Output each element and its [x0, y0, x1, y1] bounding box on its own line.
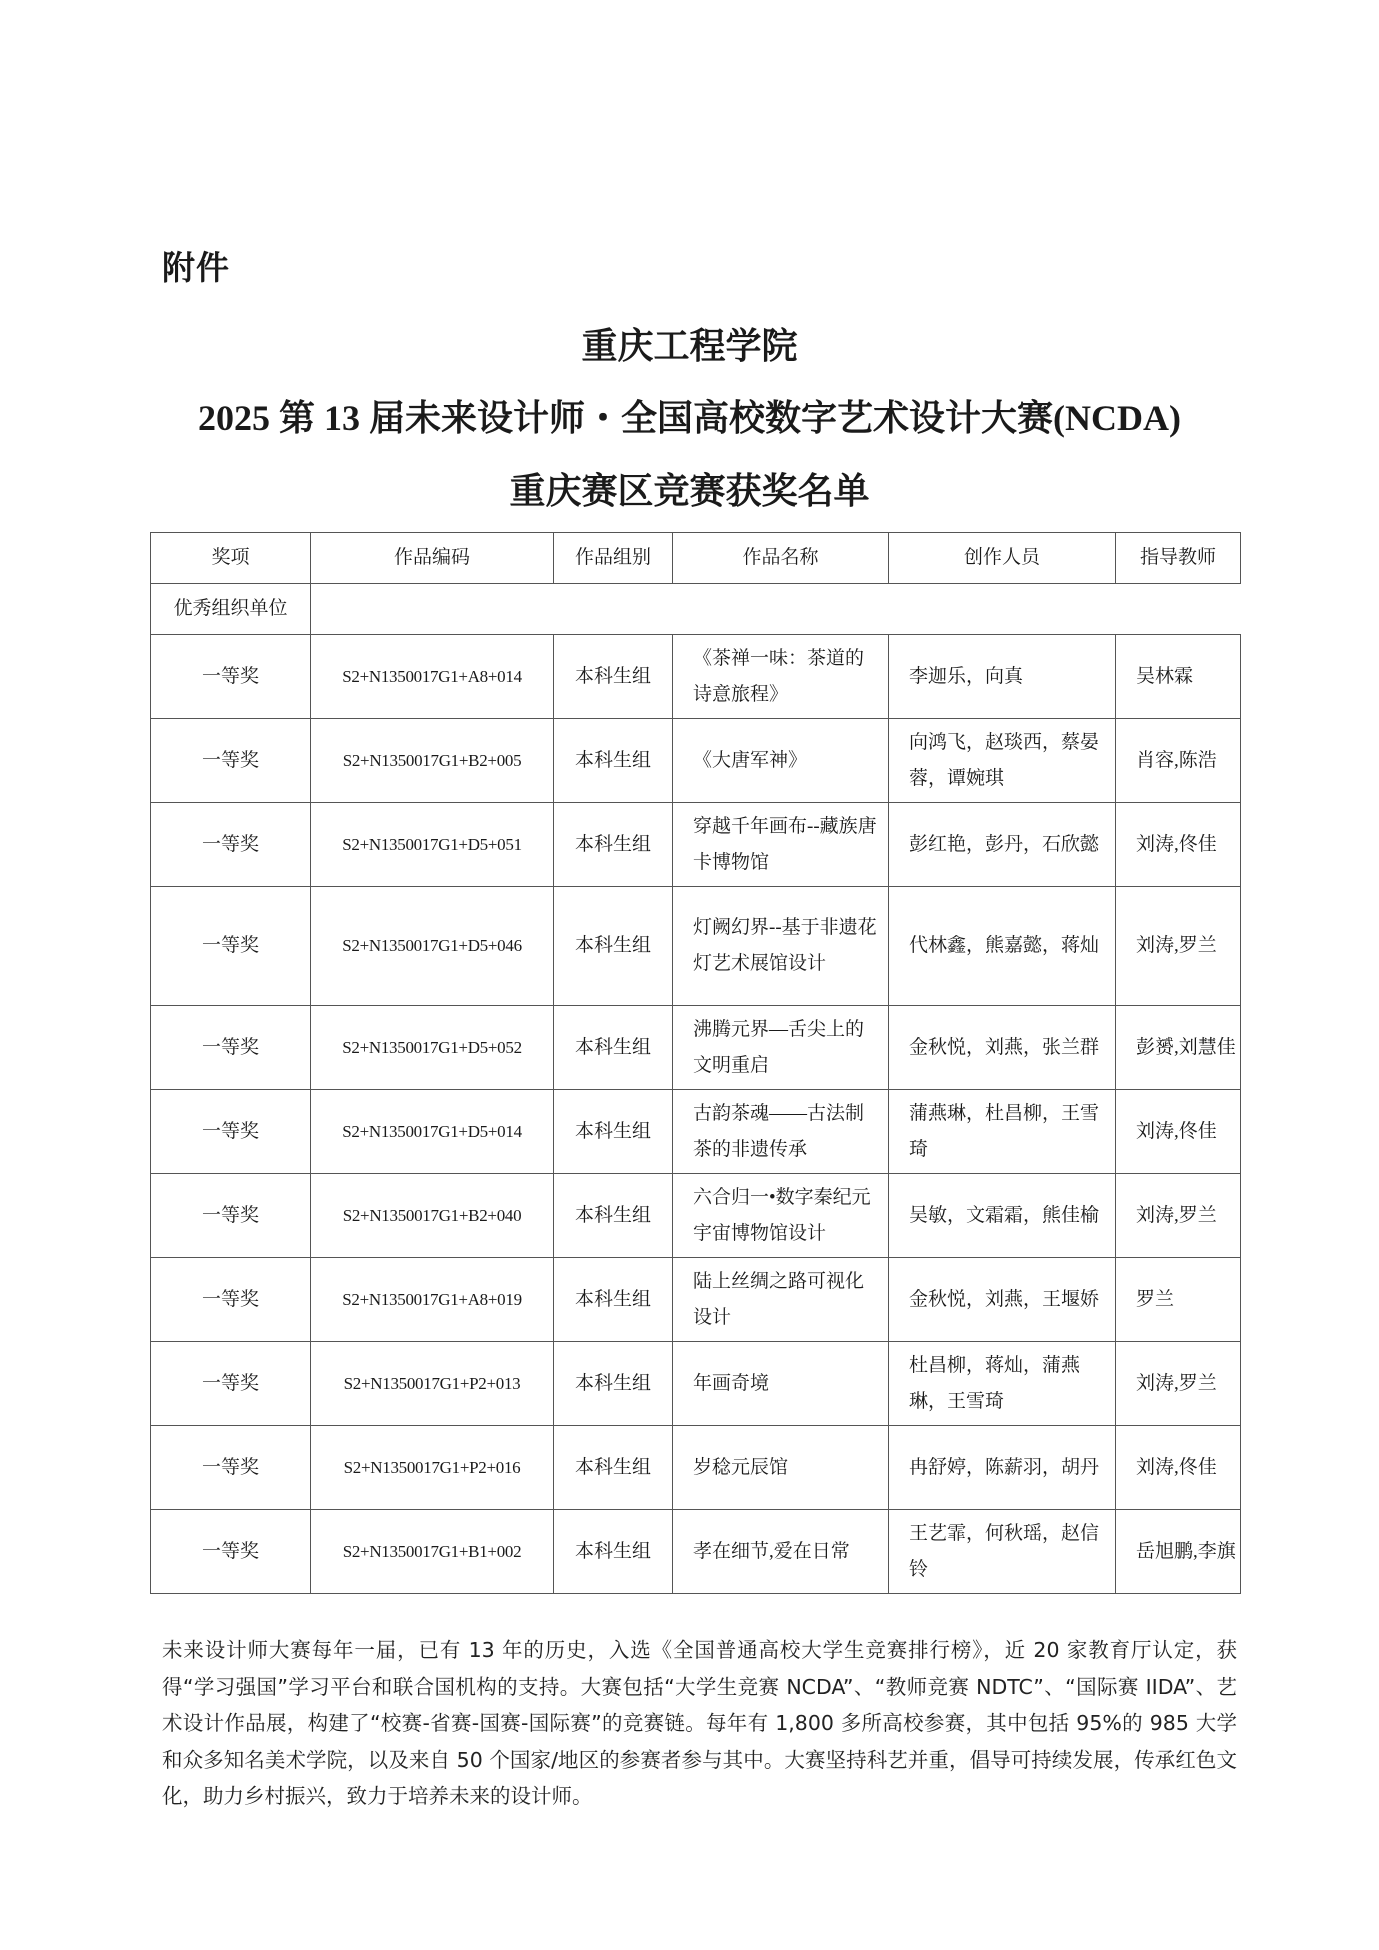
- table-row: 一等奖S2+N1350017G1+P2+016本科生组岁稔元辰馆冉舒婷，陈薪羽，…: [151, 1426, 1241, 1510]
- creators-cell: 吴敏，文霜霜，熊佳榆: [889, 1174, 1116, 1258]
- code-cell: S2+N1350017G1+B2+005: [311, 719, 554, 803]
- table-row: 一等奖S2+N1350017G1+P2+013本科生组年画奇境杜昌柳，蒋灿，蒲燕…: [151, 1342, 1241, 1426]
- title-cell: 孝在细节,爱在日常: [673, 1510, 889, 1594]
- award-cell: 一等奖: [151, 719, 311, 803]
- advisor-cell: 岳旭鹏,李旗: [1116, 1510, 1241, 1594]
- creators-cell: 冉舒婷，陈薪羽，胡丹: [889, 1426, 1116, 1510]
- group-cell: 本科生组: [554, 1258, 673, 1342]
- creators-cell: 蒲燕琳，杜昌柳，王雪琦: [889, 1090, 1116, 1174]
- org-unit-label: 优秀组织单位: [151, 584, 311, 635]
- group-cell: 本科生组: [554, 1174, 673, 1258]
- table-row: 一等奖S2+N1350017G1+D5+014本科生组古韵茶魂——古法制茶的非遗…: [151, 1090, 1241, 1174]
- title-competition: 2025 第 13 届未来设计师・全国高校数字艺术设计大赛(NCDA): [0, 390, 1379, 441]
- advisor-cell: 刘涛,佟佳: [1116, 1090, 1241, 1174]
- table-row: 一等奖S2+N1350017G1+D5+046本科生组灯阙幻界--基于非遗花灯艺…: [151, 887, 1241, 1006]
- award-cell: 一等奖: [151, 1006, 311, 1090]
- creators-cell: 王艺霏，何秋瑶，赵信铃: [889, 1510, 1116, 1594]
- award-cell: 一等奖: [151, 1174, 311, 1258]
- creators-cell: 彭红艳，彭丹，石欣懿: [889, 803, 1116, 887]
- code-cell: S2+N1350017G1+D5+014: [311, 1090, 554, 1174]
- table-header-row: 奖项 作品编码 作品组别 作品名称 创作人员 指导教师: [151, 533, 1241, 584]
- title-cell: 灯阙幻界--基于非遗花灯艺术展馆设计: [673, 887, 889, 1006]
- title-cell: 古韵茶魂——古法制茶的非遗传承: [673, 1090, 889, 1174]
- award-cell: 一等奖: [151, 1510, 311, 1594]
- title-cell: 穿越千年画布--藏族唐卡博物馆: [673, 803, 889, 887]
- code-cell: S2+N1350017G1+D5+051: [311, 803, 554, 887]
- code-cell: S2+N1350017G1+D5+052: [311, 1006, 554, 1090]
- creators-cell: 杜昌柳，蒋灿，蒲燕琳，王雪琦: [889, 1342, 1116, 1426]
- award-table: 奖项 作品编码 作品组别 作品名称 创作人员 指导教师 优秀组织单位 一等奖S2…: [150, 532, 1241, 1594]
- table-row: 一等奖S2+N1350017G1+B1+002本科生组孝在细节,爱在日常王艺霏，…: [151, 1510, 1241, 1594]
- table-row: 一等奖S2+N1350017G1+D5+052本科生组沸腾元界—舌尖上的文明重启…: [151, 1006, 1241, 1090]
- group-cell: 本科生组: [554, 803, 673, 887]
- header-group: 作品组别: [554, 533, 673, 584]
- title-cell: 沸腾元界—舌尖上的文明重启: [673, 1006, 889, 1090]
- org-unit-row: 优秀组织单位: [151, 584, 1241, 635]
- advisor-cell: 刘涛,罗兰: [1116, 887, 1241, 1006]
- title-cell: 六合归一•数字秦纪元宇宙博物馆设计: [673, 1174, 889, 1258]
- code-cell: S2+N1350017G1+A8+014: [311, 635, 554, 719]
- title-cell: 陆上丝绸之路可视化设计: [673, 1258, 889, 1342]
- group-cell: 本科生组: [554, 1510, 673, 1594]
- advisor-cell: 彭赟,刘慧佳: [1116, 1006, 1241, 1090]
- header-title: 作品名称: [673, 533, 889, 584]
- title-award-list: 重庆赛区竞赛获奖名单: [0, 463, 1379, 514]
- code-cell: S2+N1350017G1+P2+016: [311, 1426, 554, 1510]
- title-cell: 年画奇境: [673, 1342, 889, 1426]
- award-cell: 一等奖: [151, 1090, 311, 1174]
- creators-cell: 金秋悦，刘燕，张兰群: [889, 1006, 1116, 1090]
- group-cell: 本科生组: [554, 1342, 673, 1426]
- attachment-label: 附件: [162, 242, 230, 289]
- award-cell: 一等奖: [151, 1258, 311, 1342]
- creators-cell: 向鸿飞，赵琰西，蔡晏蓉，谭婉琪: [889, 719, 1116, 803]
- group-cell: 本科生组: [554, 1090, 673, 1174]
- advisor-cell: 刘涛,罗兰: [1116, 1342, 1241, 1426]
- advisor-cell: 罗兰: [1116, 1258, 1241, 1342]
- code-cell: S2+N1350017G1+B1+002: [311, 1510, 554, 1594]
- footer-paragraph: 未来设计师大赛每年一届，已有 13 年的历史，入选《全国普通高校大学生竞赛排行榜…: [162, 1632, 1237, 1815]
- award-cell: 一等奖: [151, 1342, 311, 1426]
- table-row: 一等奖S2+N1350017G1+A8+019本科生组陆上丝绸之路可视化设计金秋…: [151, 1258, 1241, 1342]
- table-row: 一等奖S2+N1350017G1+B2+040本科生组六合归一•数字秦纪元宇宙博…: [151, 1174, 1241, 1258]
- group-cell: 本科生组: [554, 635, 673, 719]
- award-cell: 一等奖: [151, 887, 311, 1006]
- code-cell: S2+N1350017G1+D5+046: [311, 887, 554, 1006]
- title-school: 重庆工程学院: [0, 318, 1379, 369]
- org-unit-value: [311, 584, 1241, 635]
- advisor-cell: 刘涛,佟佳: [1116, 803, 1241, 887]
- header-creators: 创作人员: [889, 533, 1116, 584]
- creators-cell: 李迦乐，向真: [889, 635, 1116, 719]
- group-cell: 本科生组: [554, 1006, 673, 1090]
- code-cell: S2+N1350017G1+A8+019: [311, 1258, 554, 1342]
- title-cell: 《大唐军神》: [673, 719, 889, 803]
- header-code: 作品编码: [311, 533, 554, 584]
- award-cell: 一等奖: [151, 803, 311, 887]
- advisor-cell: 吴林霖: [1116, 635, 1241, 719]
- code-cell: S2+N1350017G1+B2+040: [311, 1174, 554, 1258]
- advisor-cell: 刘涛,罗兰: [1116, 1174, 1241, 1258]
- creators-cell: 代林鑫，熊嘉懿，蒋灿: [889, 887, 1116, 1006]
- advisor-cell: 刘涛,佟佳: [1116, 1426, 1241, 1510]
- title-cell: 《茶禅一味：茶道的诗意旅程》: [673, 635, 889, 719]
- award-cell: 一等奖: [151, 635, 311, 719]
- title-cell: 岁稔元辰馆: [673, 1426, 889, 1510]
- group-cell: 本科生组: [554, 1426, 673, 1510]
- creators-cell: 金秋悦，刘燕，王堰娇: [889, 1258, 1116, 1342]
- group-cell: 本科生组: [554, 719, 673, 803]
- award-cell: 一等奖: [151, 1426, 311, 1510]
- advisor-cell: 肖容,陈浩: [1116, 719, 1241, 803]
- table-row: 一等奖S2+N1350017G1+D5+051本科生组穿越千年画布--藏族唐卡博…: [151, 803, 1241, 887]
- table-row: 一等奖S2+N1350017G1+A8+014本科生组《茶禅一味：茶道的诗意旅程…: [151, 635, 1241, 719]
- table-row: 一等奖S2+N1350017G1+B2+005本科生组《大唐军神》向鸿飞，赵琰西…: [151, 719, 1241, 803]
- code-cell: S2+N1350017G1+P2+013: [311, 1342, 554, 1426]
- group-cell: 本科生组: [554, 887, 673, 1006]
- header-award: 奖项: [151, 533, 311, 584]
- header-advisor: 指导教师: [1116, 533, 1241, 584]
